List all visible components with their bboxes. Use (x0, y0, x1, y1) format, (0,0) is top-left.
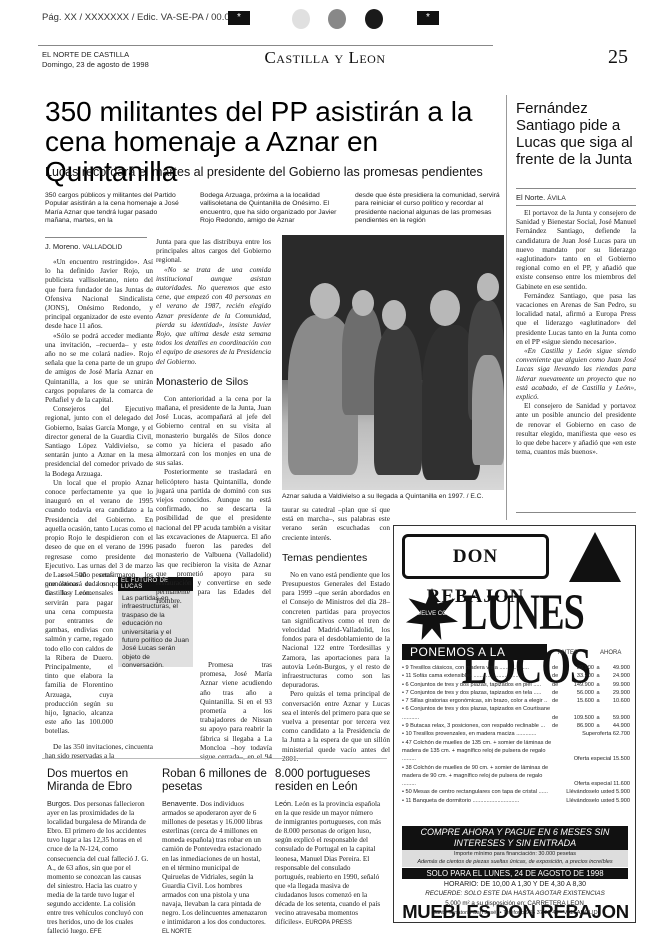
paragraph: taurar su catedral –plan que sí que está… (282, 505, 390, 542)
main-column-2: Junta para que las distribuya entre los … (156, 237, 271, 606)
ad-hours: HORARIO: DE 10,00 A 1,30 Y DE 4,30 A 8,3… (402, 881, 628, 888)
subtitle-temas: Temas pendientes (282, 552, 390, 564)
column-1-wrap: Las 4.500 pesetas que abonará cada uno d… (45, 570, 113, 736)
main-column-1: J. Moreno. VALLADOLID «Un encuentro rest… (45, 237, 147, 598)
ad-item: • 6 Conjuntos de tres y dos plazas, tapi… (402, 681, 630, 689)
ad-item: • 11 Sofás cama extensibles ............… (402, 672, 630, 680)
paragraph: Fernández Santiago, que pasa las vacacio… (516, 291, 636, 346)
brief-1: Dos muertos en Miranda de Ebro Burgos. D… (47, 768, 151, 937)
paragraph: Consejeros del Ejecutivo regional, junto… (45, 404, 153, 478)
ad-item: • 9 Tresillos clásicos, con madera vista… (402, 664, 630, 672)
brief-3: 8.000 portugueses residen en León León. … (275, 768, 381, 928)
column-1-body: «Un encuentro restringido». Así lo ha de… (45, 257, 153, 598)
brief-headline: 8.000 portugueses residen en León (275, 768, 381, 794)
subtitle-silos: Monasterio de Silos (156, 376, 271, 388)
main-subhead: Lucas recordará el martes al presidente … (45, 165, 505, 179)
page-number: 25 (608, 46, 628, 69)
byline: J. Moreno. VALLADOLID (45, 237, 147, 251)
brief-place: Burgos. (47, 799, 72, 808)
byline-place: VALLADOLID (83, 244, 123, 251)
section-title: Castilla y Leon (0, 48, 650, 68)
ad-item: • 7 Sillas giratorias ergonómicas, sin b… (402, 697, 630, 705)
lead-part-3: desde que éste presidiera la comunidad, … (355, 192, 500, 225)
registration-mark-right: * (417, 11, 439, 25)
paragraph: Pero quizás el tema principal de convers… (282, 689, 390, 763)
ad-item: • 47 Colchón de muelles de 135 cm. + som… (402, 739, 630, 764)
paragraph: «No se trata de una comida institucional… (156, 265, 271, 366)
side-byline: El Norte. ÁVILA (516, 188, 636, 206)
ad-item: • 50 Mesas de centro rectangulares con t… (402, 788, 630, 796)
brief-body: León. León es la provincia española en l… (275, 799, 381, 928)
brief-credit: EUROPA PRESS (305, 920, 352, 926)
column-2-body-b: Con anterioridad a la cena por la mañana… (156, 394, 271, 606)
byline-author: J. Moreno. (45, 242, 80, 251)
ad-item: • 11 Banqueta de dormitorio ............… (402, 797, 630, 805)
main-column-3: taurar su catedral –plan que sí que está… (282, 505, 390, 763)
column-2-body: Junta para que las distribuya entre los … (156, 237, 271, 366)
brief-headline: Roban 6 millones de pesetas (162, 768, 268, 794)
brief-headline: Dos muertos en Miranda de Ebro (47, 768, 151, 794)
brief-credit: EFE (90, 929, 102, 935)
side-headline: Fernández Santiago pide a Lucas que siga… (516, 100, 636, 168)
ad-item: • 38 Colchón de muelles de 90 cm. + somi… (402, 764, 630, 789)
lead-part-1: 350 cargos públicos y militantes del Par… (45, 192, 185, 225)
col-now-label: AHORA (600, 650, 621, 656)
side-byline-author: El Norte. (516, 193, 545, 202)
ad-item: • 9 Butacas relax, 3 posiciones, con res… (402, 722, 630, 730)
ad-banner: PONEMOS A LA VENTA (402, 644, 547, 660)
paragraph: Junta para que las distribuya entre los … (156, 237, 271, 265)
registration-mark-left: * (228, 11, 250, 25)
side-article-body: El portavoz de la Junta y consejero de S… (516, 208, 636, 503)
masthead-rule (38, 45, 493, 46)
ad-address-2: (Junto Tanatorio San José) • Teléfono 98… (393, 910, 636, 916)
paragraph: Posteriormente se trasladará en helicópt… (156, 467, 271, 605)
column-3-body: taurar su catedral –plan que sí que está… (282, 505, 390, 542)
paragraph: El portavoz de la Junta y consejero de S… (516, 208, 636, 291)
ad-brand-logo: DON REBAJON (402, 534, 549, 579)
ad-reminder: RECUERDE: SOLO ESTE DIA HASTA AGOTAR EXI… (402, 890, 628, 897)
ad-address-1: 5.000 m² a su disposición en: CARRETERA … (393, 900, 636, 907)
briefs-rule (42, 758, 387, 759)
ad-price-list: • 9 Tresillos clásicos, con madera vista… (402, 664, 630, 805)
ad-item: • 10 Tresillos provenzales, en madera ma… (402, 730, 630, 738)
side-article-end-rule (516, 512, 636, 513)
column-2-wrap: Promesa tras promesa, José María Aznar v… (200, 660, 272, 760)
col-before-label: ANTES (558, 650, 578, 656)
paragraph: El consejero de Sanidad y portavoz ante … (516, 401, 636, 456)
paragraph: Promesa tras promesa, José María Aznar v… (200, 660, 272, 760)
brief-body: Benavente. Dos individuos armados se apo… (162, 799, 268, 937)
column-divider (506, 95, 507, 520)
brief-2: Roban 6 millones de pesetas Benavente. D… (162, 768, 268, 937)
paragraph: Con anterioridad a la cena por la mañana… (156, 394, 271, 468)
ad-financing-banner: COMPRE AHORA Y PAGUE EN 6 MESES SIN INTE… (402, 826, 628, 850)
side-byline-place: ÁVILA (547, 195, 565, 202)
paragraph: Las 4.500 pesetas que abonará cada uno d… (45, 570, 113, 736)
ad-date-banner: SOLO PARA EL LUNES, 24 DE AGOSTO DE 1998 (402, 868, 628, 879)
mountain-logo-icon (569, 532, 621, 582)
color-dot-dark (365, 9, 383, 29)
brief-place: Benavente. (162, 799, 198, 808)
brief-place: León. (275, 799, 293, 808)
news-photo (282, 235, 504, 490)
color-dot-mid (328, 9, 346, 29)
ad-item: • 7 Conjuntos de tres y dos plazas, tapi… (402, 689, 630, 697)
paragraph: «En Castilla y León sigue siendo conveni… (516, 346, 636, 401)
brief-credit: EL NORTE (162, 929, 192, 935)
column-3-body-b: No en vano está pendiente que los Presup… (282, 570, 390, 763)
page-slug: Pág. XX / XXXXXXX / Edic. VA-SE-PA / 00.… (42, 12, 235, 23)
ad-financing-details: Importe mínimo para financiación: 30.000… (402, 850, 628, 867)
photo-caption: Aznar saluda a Valdivielso a su llegada … (282, 493, 507, 500)
brief-body: Burgos. Dos personas fallecieron ayer en… (47, 799, 151, 937)
paragraph: «Sólo se podrá acceder mediante una invi… (45, 331, 153, 405)
ad-item: • 6 Conjuntos de tres y dos plazas, tapi… (402, 705, 630, 722)
paragraph: «Un encuentro restringido». Así lo ha de… (45, 257, 153, 331)
lead-part-2: Bodega Arzuaga, próxima a la localidad v… (200, 192, 340, 225)
color-dot-light (292, 9, 310, 29)
advertisement[interactable]: DON REBAJON VUELVE CON SUS LUNES LOCOS P… (393, 525, 636, 923)
paragraph: No en vano está pendiente que los Presup… (282, 570, 390, 690)
